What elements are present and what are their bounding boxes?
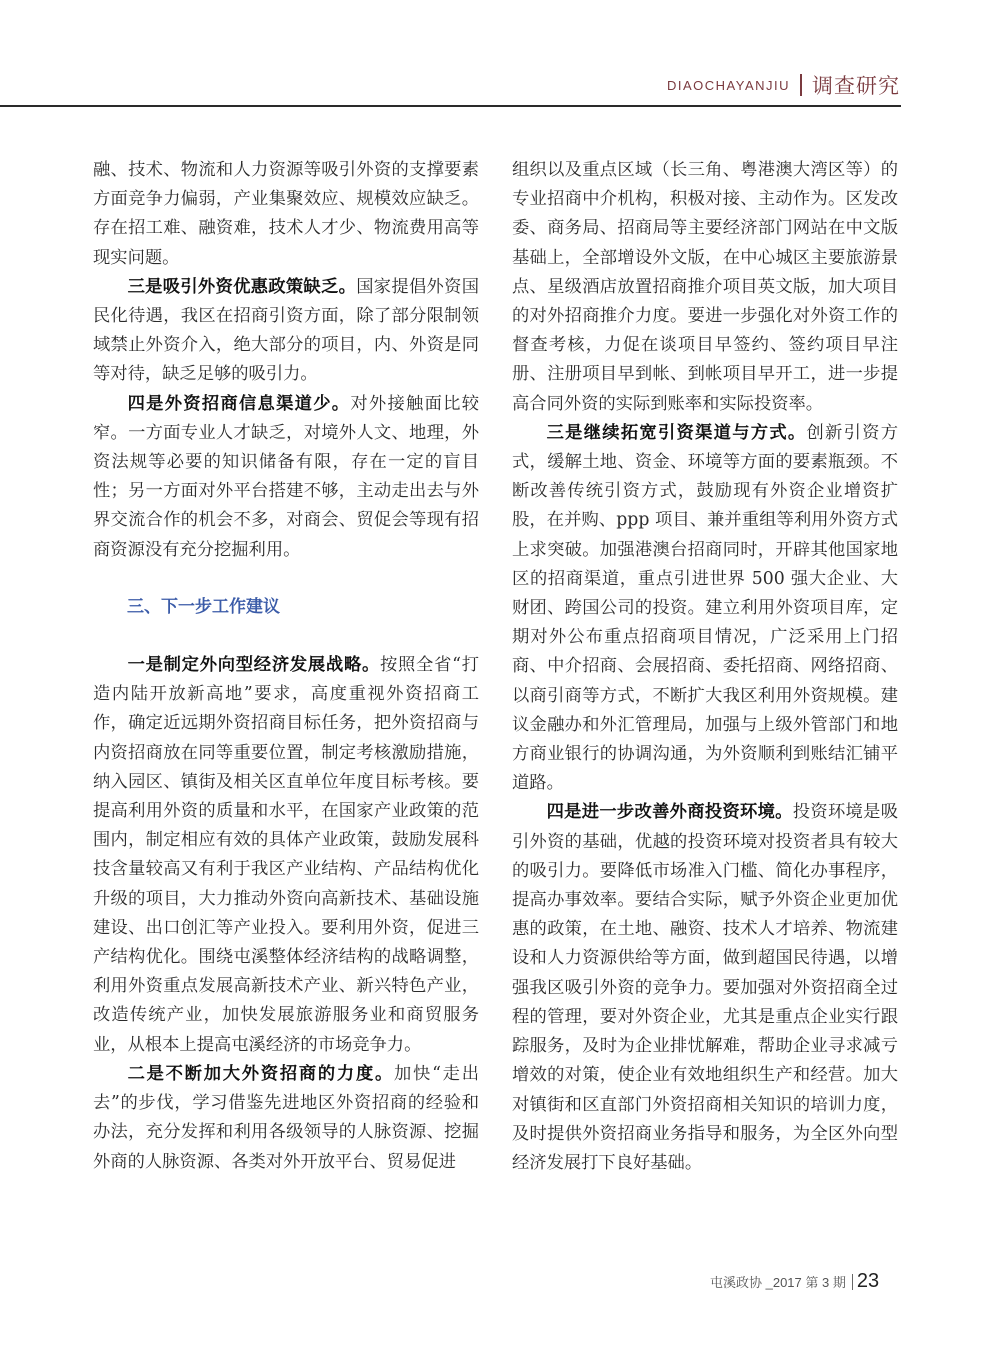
header-rule [0,105,901,107]
paragraph: 四是外资招商信息渠道少。对外接触面比较窄。一方面专业人才缺乏，对境外人文、地理，… [93,390,479,565]
running-head: DIAOCHAYANJIU 调查研究 [667,70,900,100]
section-heading: 三、下一步工作建议 [93,593,479,622]
paragraph-lead: 三是吸引外资优惠政策缺乏。 [128,277,357,297]
paragraph-lead: 二是不断加大外资招商的力度。 [128,1064,394,1084]
page-header: DIAOCHAYANJIU 调查研究 [0,0,992,110]
paragraph: 二是不断加大外资招商的力度。加快“走出去”的步伐，学习借鉴先进地区外资招商的经验… [93,1060,479,1177]
paragraph: 三是吸引外资优惠政策缺乏。国家提倡外资国民化待遇，我区在招商引资方面，除了部分限… [93,273,479,390]
paragraph: 三是继续拓宽引资渠道与方式。创新引资方式，缓解土地、资金、环境等方面的要素瓶颈。… [512,419,898,799]
page-footer: 屯溪政协 _2017 第 3 期 23 [710,1270,879,1293]
paragraph-lead: 三是继续拓宽引资渠道与方式。 [547,423,807,443]
paragraph-body: 投资环境是吸引外资的基础，优越的投资环境对投资者具有较大的吸引力。要降低市场准入… [512,802,898,1172]
header-divider [800,74,802,96]
paragraph: 一是制定外向型经济发展战略。按照全省“打造内陆开放新高地”要求，高度重视外资招商… [93,651,479,1060]
paragraph-body: 创新引资方式，缓解土地、资金、环境等方面的要素瓶颈。不断改善传统引资方式，鼓励现… [512,423,898,793]
publication-issue: 屯溪政协 _2017 第 3 期 [710,1272,846,1291]
right-column: 组织以及重点区域（长三角、粤港澳大湾区等）的专业招商中介机构，积极对接、主动作为… [512,156,898,1178]
section-name-chinese: 调查研究 [812,70,900,100]
left-column: 融、技术、物流和人力资源等吸引外资的支撑要素方面竞争力偏弱，产业集聚效应、规模效… [93,156,479,1177]
page-number: 23 [857,1270,879,1293]
paragraph-body: 按照全省“打造内陆开放新高地”要求，高度重视外资招商工作，确定近远期外资招商目标… [93,655,479,1055]
section-name-english: DIAOCHAYANJIU [667,78,790,93]
paragraph-body: 对外接触面比较窄。一方面专业人才缺乏，对境外人文、地理，外资法规等必要的知识储备… [93,394,479,560]
paragraph: 组织以及重点区域（长三角、粤港澳大湾区等）的专业招商中介机构，积极对接、主动作为… [512,156,898,419]
paragraph: 融、技术、物流和人力资源等吸引外资的支撑要素方面竞争力偏弱，产业集聚效应、规模效… [93,156,479,273]
paragraph: 四是进一步改善外商投资环境。投资环境是吸引外资的基础，优越的投资环境对投资者具有… [512,798,898,1178]
paragraph-lead: 四是进一步改善外商投资环境。 [547,802,793,822]
paragraph-lead: 四是外资招商信息渠道少。 [128,394,351,414]
footer-divider [852,1274,853,1290]
paragraph-lead: 一是制定外向型经济发展战略。 [128,655,380,675]
